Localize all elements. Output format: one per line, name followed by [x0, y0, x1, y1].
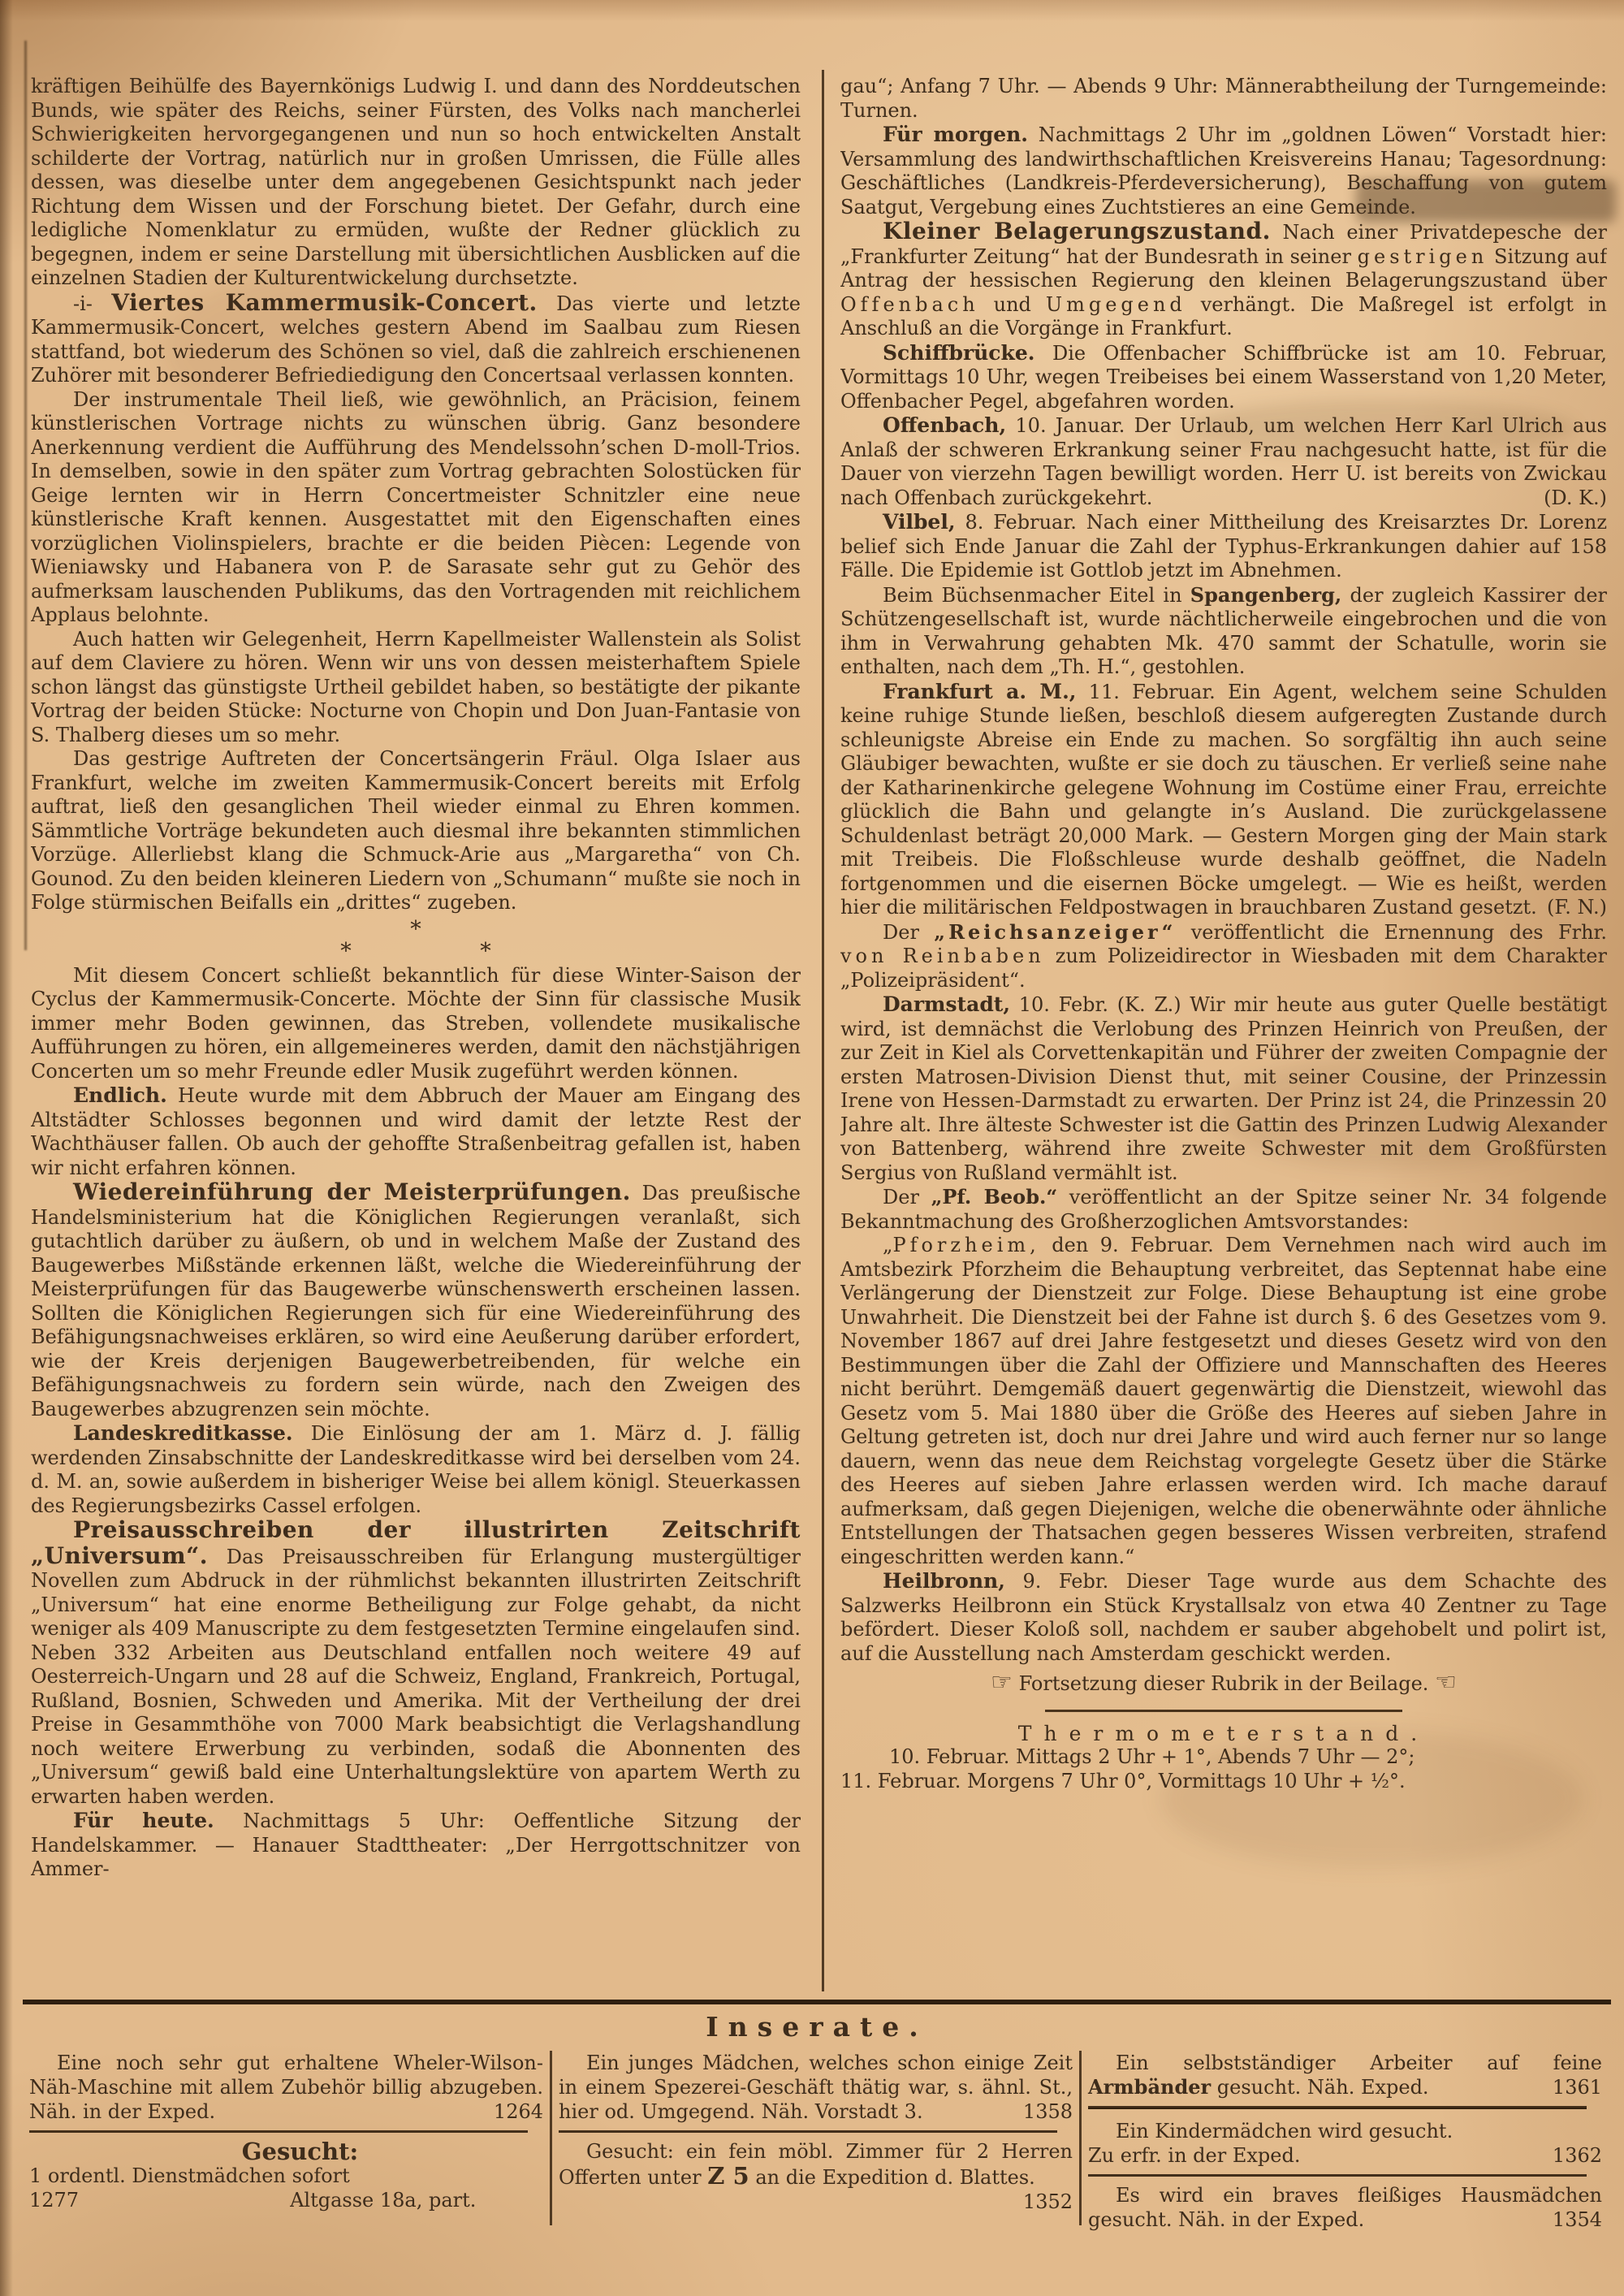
column-divider-rule	[822, 70, 824, 1991]
left-column: kräftigen Beihülfe des Bayernkönigs Ludw…	[31, 75, 801, 1991]
emphasized-text: „Pf. Beob.“	[931, 1185, 1058, 1209]
body-text: Nach einer Mittheilung des Kreisarztes D…	[840, 511, 1607, 582]
emphasized-text: Umgegend	[1046, 293, 1186, 316]
emphasized-text: „Reichsanzeiger“	[934, 920, 1176, 944]
ad-text: Zu erfr. in der Exped.	[1088, 2143, 1300, 2168]
classified-ad: Ein Kindermädchen wird gesucht.Zu erfr. …	[1088, 2119, 1602, 2168]
section-divider-rule	[1045, 1710, 1402, 1712]
body-text: Das Preisausschreiben für Erlangung must…	[31, 1546, 801, 1808]
dateline: Offenbach,	[883, 413, 1006, 437]
ad-number: 1361	[1525, 2075, 1602, 2099]
article-heading: Kleiner Belagerungszustand.	[883, 218, 1271, 244]
ad-text: Ein selbstständiger Arbeiter auf feine	[1116, 2052, 1602, 2074]
emphasized-text: von Reinbaben	[840, 945, 1045, 967]
dateline: Vilbel,	[883, 510, 956, 534]
asterisk-row: *	[31, 919, 801, 940]
body-text: Ein Agent, welchem seine Schulden keine …	[840, 681, 1607, 919]
article-schiffbruecke: Schiffbrücke. Die Offenbacher Schiffbrüc…	[840, 341, 1607, 414]
article-reichsanzeiger: Der „Reichsanzeiger“ veröffentlicht die …	[840, 920, 1607, 993]
article-continuation: kräftigen Beihülfe des Bayernkönigs Ludw…	[31, 75, 801, 291]
article-lead: Landeskreditkasse.	[73, 1421, 293, 1445]
article-lead: Endlich.	[73, 1083, 167, 1107]
classifieds-heading: Inserate.	[23, 2011, 1611, 2043]
ad-number: 1264	[466, 2099, 543, 2124]
date-text: 9. Febr.	[1022, 1570, 1108, 1593]
thermometer-reading: 10. Februar. Mittags 2 Uhr + 1°, Abends …	[840, 1745, 1607, 1770]
emphasized-text: Offenbach	[840, 293, 979, 316]
dateline: Frankfurt a. M.,	[883, 680, 1076, 703]
classifieds-column-3: Ein selbstständiger Arbeiter auf feine A…	[1082, 2051, 1609, 2232]
article-landeskreditkasse: Landeskreditkasse. Die Einlösung der am …	[31, 1421, 801, 1518]
page-edge-shadow	[0, 0, 13, 2296]
body-text: kräftigen Beihülfe des Bayernkönigs Ludw…	[31, 75, 801, 289]
ad-number: 1362	[1525, 2143, 1602, 2168]
newspaper-page: kräftigen Beihülfe des Bayernkönigs Ludw…	[0, 0, 1624, 2296]
article-heilbronn: Heilbronn, 9. Febr. Dieser Tage wurde au…	[840, 1569, 1607, 1666]
article-paragraph: Der instrumentale Theil ließ, wie gewöhn…	[31, 388, 801, 628]
article-kammermusik-concert: -i- Viertes Kammermusik-Concert. Das vie…	[31, 291, 801, 388]
date-text: 10. Januar.	[1015, 414, 1125, 437]
body-text: gau“; Anfang 7 Uhr. — Abends 9 Uhr: Männ…	[840, 75, 1607, 122]
emphasized-text: Armbänder	[1088, 2075, 1211, 2099]
pointing-hand-left-icon: ☜	[1435, 1668, 1457, 1697]
source-signature: (F. N.)	[1547, 896, 1607, 920]
body-text: veröffentlicht die Ernennung des Frhr.	[1191, 921, 1607, 944]
article-frankfurt: Frankfurt a. M., 11. Februar. Ein Agent,…	[840, 680, 1607, 920]
ad-divider-rule	[1088, 2106, 1587, 2109]
article-spangenberg: Beim Büchsenmacher Eitel in Spangenberg,…	[840, 583, 1607, 680]
asterisk-row: * *	[31, 940, 801, 962]
article-paragraph: Mit diesem Concert schließt bekanntlich …	[31, 964, 801, 1084]
article-preisausschreiben: Preisausschreiben der illustrirten Zeits…	[31, 1518, 801, 1809]
date-text: 11. Februar.	[1089, 681, 1216, 703]
dateline: Darmstadt,	[883, 992, 1010, 1016]
body-text: Mit diesem Concert schließt bekanntlich …	[31, 964, 801, 1083]
ad-text: an die Expedition d. Blattes.	[755, 2166, 1034, 2189]
classifieds-column-1: Eine noch sehr gut erhaltene Wheler-Wils…	[23, 2051, 550, 2232]
date-text: 8. Februar.	[965, 511, 1076, 534]
body-text: Das gestrige Auftreten der Concertsänger…	[31, 747, 801, 914]
ad-text: 1 ordentl. Dienstmädchen sofort	[29, 2164, 350, 2187]
ad-divider-rule	[29, 2130, 528, 2133]
article-endlich: Endlich. Heute wurde mit dem Abbruch der…	[31, 1083, 801, 1180]
article-meisterpruefungen: Wiedereinführung der Meisterprüfungen. D…	[31, 1180, 801, 1421]
correspondent-mark: -i-	[73, 292, 93, 315]
classified-ad: Es wird ein braves fleißiges Hausmädchen…	[1088, 2183, 1602, 2232]
main-columns: kräftigen Beihülfe des Bayernkönigs Ludw…	[31, 75, 1609, 1991]
article-pf-beob: Der „Pf. Beob.“ veröffentlicht an der Sp…	[840, 1185, 1607, 1234]
body-text: Der	[883, 1186, 919, 1209]
body-text: Beim Büchsenmacher Eitel in	[883, 584, 1182, 607]
ad-divider-rule	[559, 2130, 1057, 2133]
body-text: Der	[883, 921, 919, 944]
ad-number: 1352	[996, 2190, 1073, 2214]
ad-divider-rule	[1088, 2174, 1587, 2177]
page-crease	[24, 41, 27, 950]
article-lead: Für heute.	[73, 1809, 214, 1832]
classifieds-columns: Eine noch sehr gut erhaltene Wheler-Wils…	[23, 2051, 1611, 2232]
source-signature: (D. K.)	[1544, 486, 1607, 511]
emphasized-text: gestrigen	[1358, 245, 1488, 268]
section-rule	[23, 2000, 1611, 2004]
date-text: 10. Febr. (K. Z.)	[1019, 993, 1181, 1016]
article-darmstadt: Darmstadt, 10. Febr. (K. Z.) Wir mir heu…	[840, 992, 1607, 1185]
ad-number: 1354	[1525, 2207, 1602, 2232]
asterism-separator: * * *	[31, 919, 801, 962]
article-lead: Schiffbrücke.	[883, 341, 1034, 365]
body-text: Der instrumentale Theil ließ, wie gewöhn…	[31, 388, 801, 627]
article-pforzheim: „Pforzheim, den 9. Februar. Dem Vernehme…	[840, 1234, 1607, 1569]
classified-ad: 1 ordentl. Dienstmädchen sofort	[29, 2164, 543, 2188]
classified-ad-row: 1277 Altgasse 18a, part.	[29, 2188, 543, 2212]
body-text: Das preußische Handelsministerium hat di…	[31, 1182, 801, 1420]
classified-ad: Gesucht: ein fein möbl. Zimmer für 2 Her…	[559, 2139, 1073, 2190]
article-continuation: gau“; Anfang 7 Uhr. — Abends 9 Uhr: Männ…	[840, 75, 1607, 123]
body-text: den 9. Februar. Dem Vernehmen nach wird …	[840, 1234, 1607, 1568]
article-heading: Wiedereinführung der Meisterprüfungen.	[73, 1178, 631, 1205]
article-belagerungszustand: Kleiner Belagerungszustand. Nach einer P…	[840, 219, 1607, 341]
continuation-text: Fortsetzung dieser Rubrik in der Beilage…	[1019, 1672, 1429, 1695]
ad-text: gesucht. Näh. Exped.	[1217, 2076, 1429, 2099]
continuation-notice: ☞ Fortsetzung dieser Rubrik in der Beila…	[840, 1671, 1607, 1697]
thermometer-heading: Thermometerstand.	[840, 1722, 1607, 1746]
body-text: „	[883, 1234, 892, 1256]
article-lead: Für morgen.	[883, 123, 1028, 146]
emphasized-text: Z 5	[707, 2162, 749, 2190]
article-vilbel: Vilbel, 8. Februar. Nach einer Mittheilu…	[840, 510, 1607, 583]
ad-text: Ein Kindermädchen wird gesucht.	[1116, 2120, 1453, 2143]
article-fuer-heute: Für heute. Nachmittags 5 Uhr: Oeffentlic…	[31, 1809, 801, 1882]
article-paragraph: Das gestrige Auftreten der Concertsänger…	[31, 747, 801, 915]
ad-number: 1277	[29, 2188, 79, 2212]
ad-heading: Gesucht:	[29, 2139, 543, 2164]
dateline: Heilbronn,	[883, 1569, 1005, 1593]
pointing-hand-right-icon: ☞	[991, 1668, 1013, 1697]
article-fuer-morgen: Für morgen. Nachmittags 2 Uhr im „goldne…	[840, 123, 1607, 219]
article-heading: Viertes Kammermusik-Concert.	[111, 289, 538, 316]
classified-ad: Ein junges Mädchen, welches schon einige…	[559, 2051, 1073, 2124]
thermometer-reading: 11. Februar. Morgens 7 Uhr 0°, Vormittag…	[840, 1770, 1607, 1794]
right-column: gau“; Anfang 7 Uhr. — Abends 9 Uhr: Männ…	[840, 75, 1607, 1991]
body-text: Auch hatten wir Gelegenheit, Herrn Kapel…	[31, 628, 801, 746]
emphasized-text: Spangenberg,	[1190, 583, 1341, 607]
article-paragraph: Auch hatten wir Gelegenheit, Herrn Kapel…	[31, 628, 801, 748]
ad-number: 1358	[996, 2099, 1073, 2124]
body-text: und	[994, 293, 1031, 316]
classified-ad: Ein selbstständiger Arbeiter auf feine A…	[1088, 2051, 1602, 2099]
ad-address: Altgasse 18a, part.	[290, 2188, 476, 2212]
body-text: Wir mir heute aus guter Quelle bestätigt…	[840, 993, 1607, 1184]
classifieds-column-2: Ein junges Mädchen, welches schon einige…	[552, 2051, 1079, 2232]
classifieds-section: Inserate. Eine noch sehr gut erhaltene W…	[23, 2011, 1611, 2232]
article-offenbach: Offenbach, 10. Januar. Der Urlaub, um we…	[840, 413, 1607, 510]
classified-ad: Eine noch sehr gut erhaltene Wheler-Wils…	[29, 2051, 543, 2124]
emphasized-text: Pforzheim,	[892, 1234, 1039, 1256]
